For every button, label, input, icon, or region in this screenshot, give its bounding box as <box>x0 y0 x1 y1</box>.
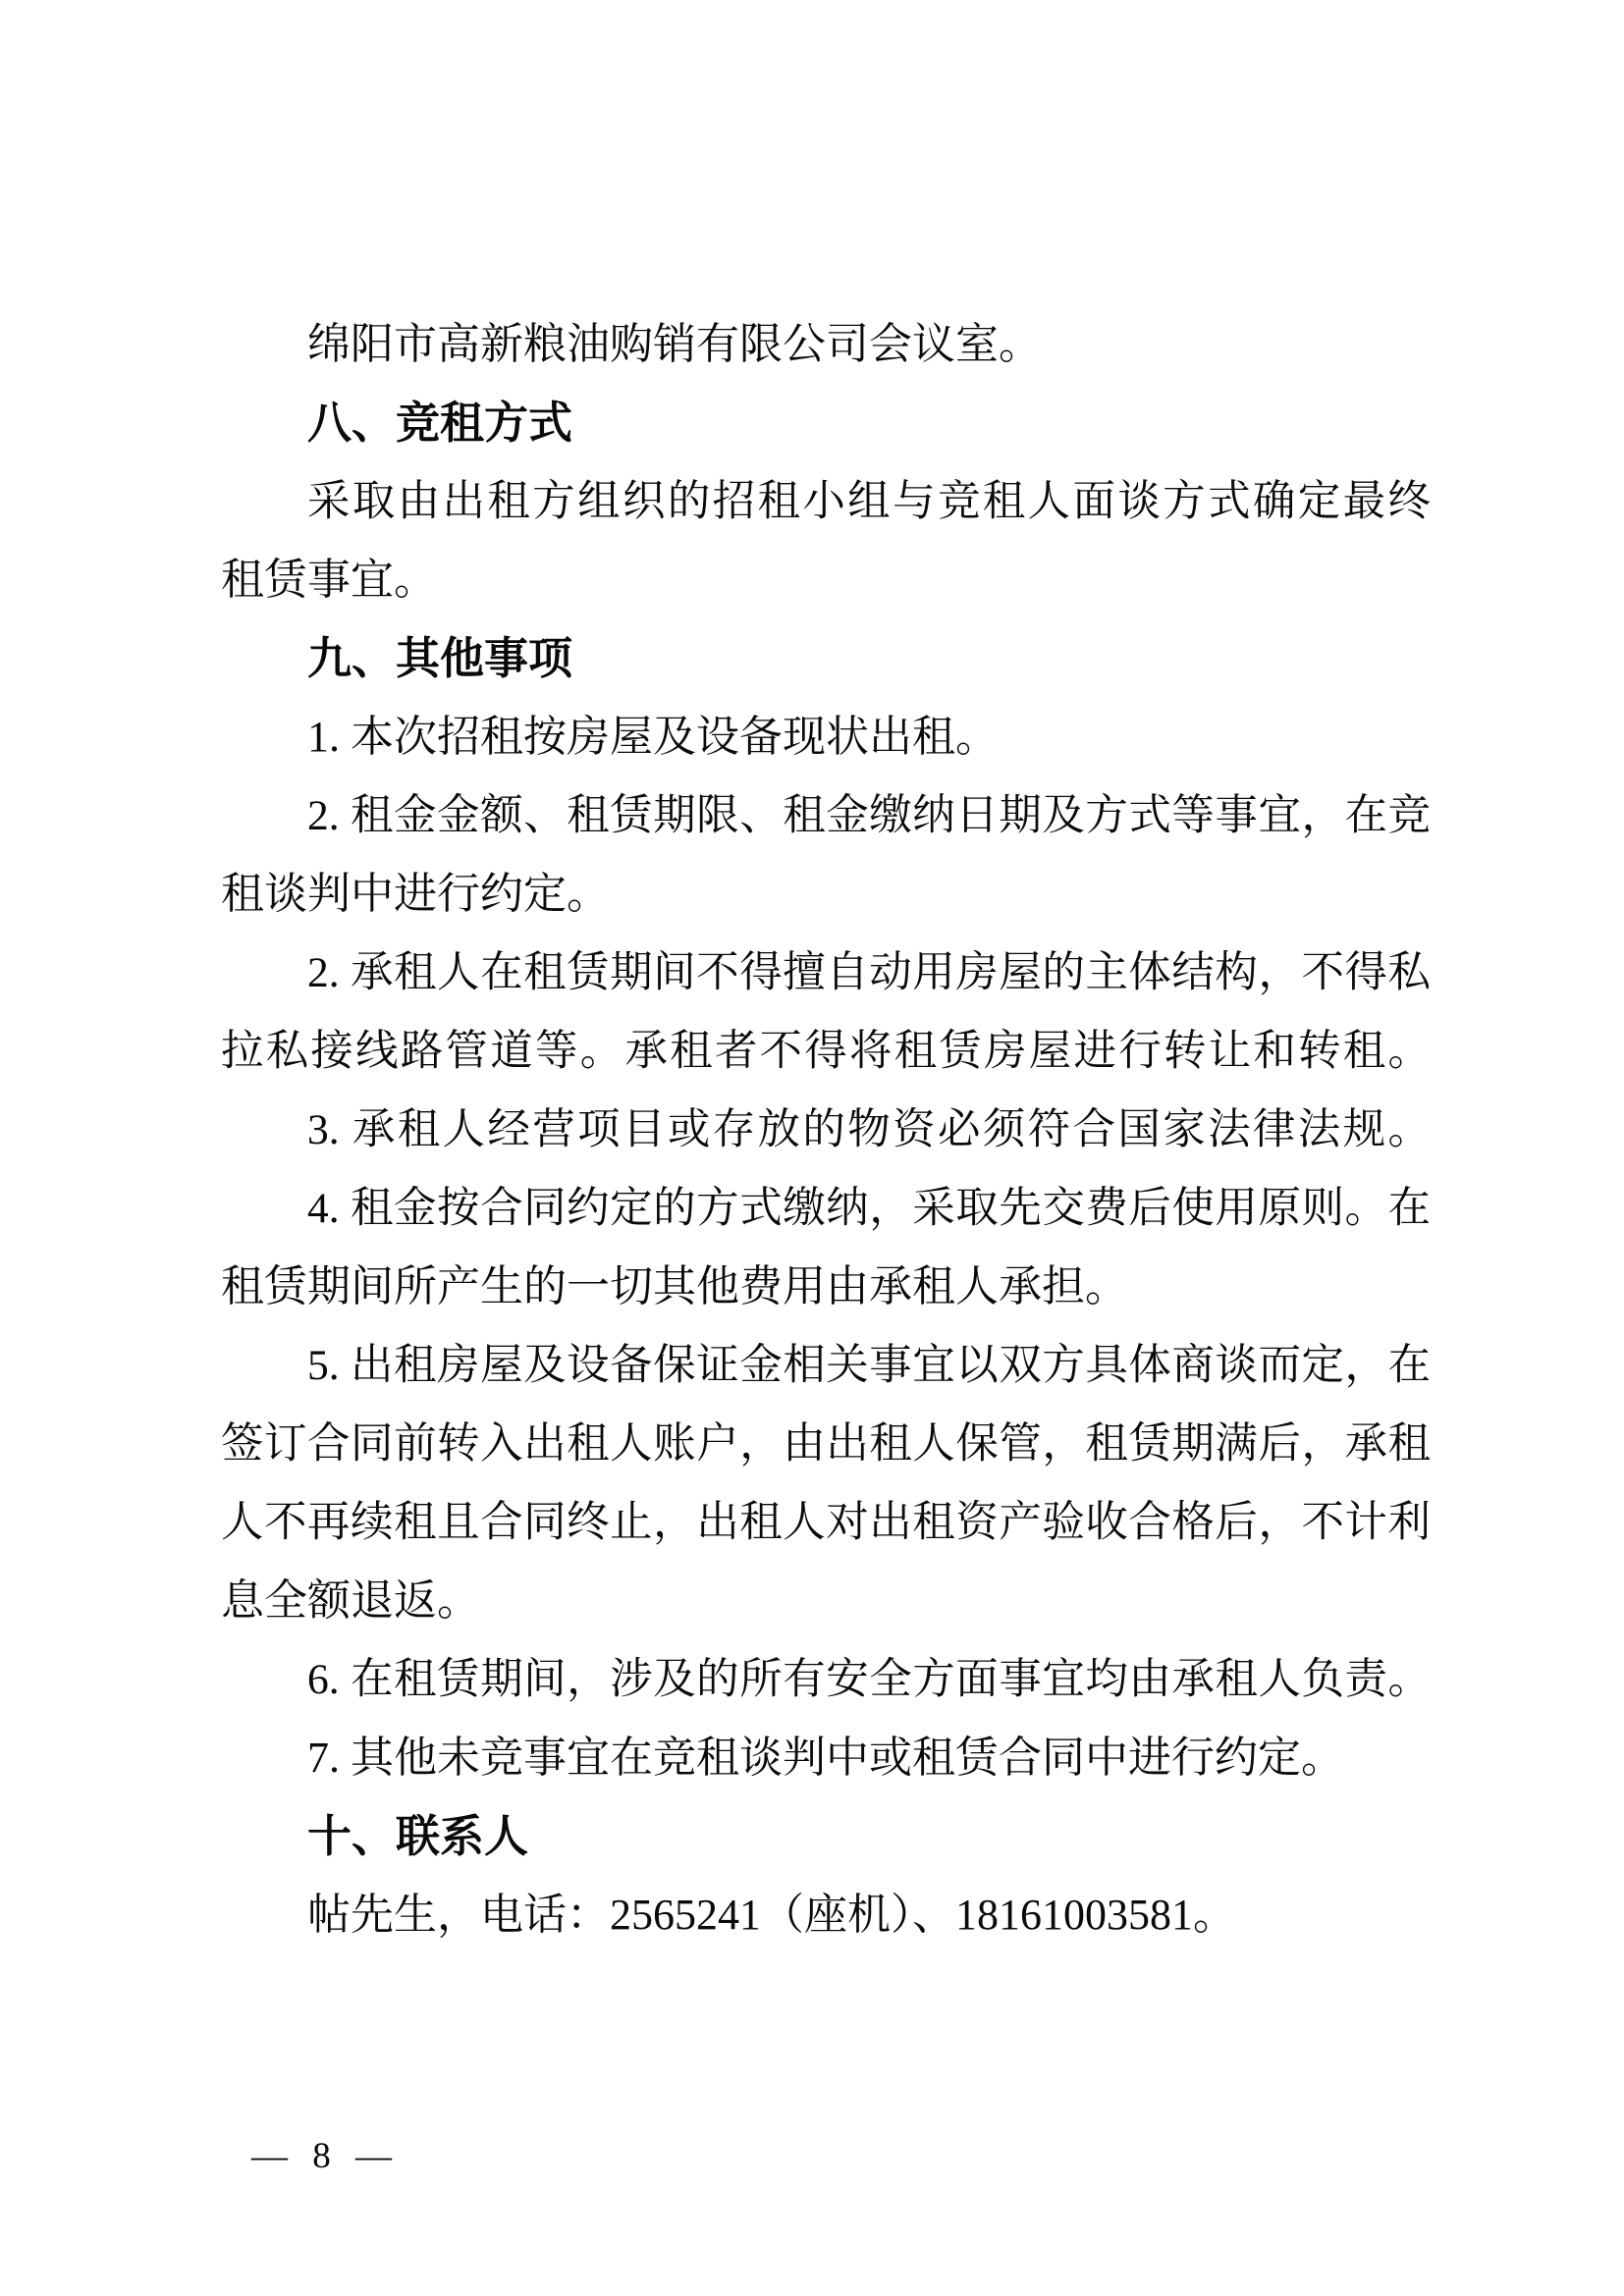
text-line: 3. 承租人经营项目或存放的物资必须符合国家法律法规。 <box>221 1091 1431 1169</box>
text-line: 4. 租金按合同约定的方式缴纳，采取先交费后使用原则。在 <box>221 1169 1431 1248</box>
text-line: 1. 本次招租按房屋及设备现状出租。 <box>221 698 1431 776</box>
text-line: 6. 在租赁期间，涉及的所有安全方面事宜均由承租人负责。 <box>221 1640 1431 1719</box>
text-line: 息全额退返。 <box>221 1562 1431 1640</box>
text-line: 签订合同前转入出租人账户，由出租人保管，租赁期满后，承租 <box>221 1405 1431 1483</box>
text-line: 7. 其他未竞事宜在竞租谈判中或租赁合同中进行约定。 <box>221 1719 1431 1797</box>
page-number: — 8 — <box>251 2132 400 2181</box>
text-lines: 绵阳市高新粮油购销有限公司会议室。八、竞租方式采取由出租方组织的招租小组与竞租人… <box>221 305 1431 1954</box>
text-line: 2. 租金金额、租赁期限、租金缴纳日期及方式等事宜，在竞 <box>221 776 1431 855</box>
text-line: 拉私接线路管道等。承租者不得将租赁房屋进行转让和转租。 <box>221 1012 1431 1091</box>
text-line: 采取由出租方组织的招租小组与竞租人面谈方式确定最终 <box>221 462 1431 541</box>
text-line: 5. 出租房屋及设备保证金相关事宜以双方具体商谈而定，在 <box>221 1326 1431 1405</box>
text-line: 租赁事宜。 <box>221 541 1431 619</box>
section-heading: 十、联系人 <box>221 1797 1431 1876</box>
text-line: 租谈判中进行约定。 <box>221 855 1431 934</box>
text-line: 2. 承租人在租赁期间不得擅自动用房屋的主体结构，不得私 <box>221 934 1431 1012</box>
section-heading: 八、竞租方式 <box>221 384 1431 462</box>
text-line: 人不再续租且合同终止，出租人对出租资产验收合格后，不计利 <box>221 1483 1431 1562</box>
document-page: 绵阳市高新粮油购销有限公司会议室。八、竞租方式采取由出租方组织的招租小组与竞租人… <box>0 0 1624 2296</box>
text-line: 帖先生，电话：2565241（座机）、18161003581。 <box>221 1876 1431 1954</box>
text-line: 绵阳市高新粮油购销有限公司会议室。 <box>221 305 1431 384</box>
section-heading: 九、其他事项 <box>221 619 1431 698</box>
text-line: 租赁期间所产生的一切其他费用由承租人承担。 <box>221 1248 1431 1326</box>
